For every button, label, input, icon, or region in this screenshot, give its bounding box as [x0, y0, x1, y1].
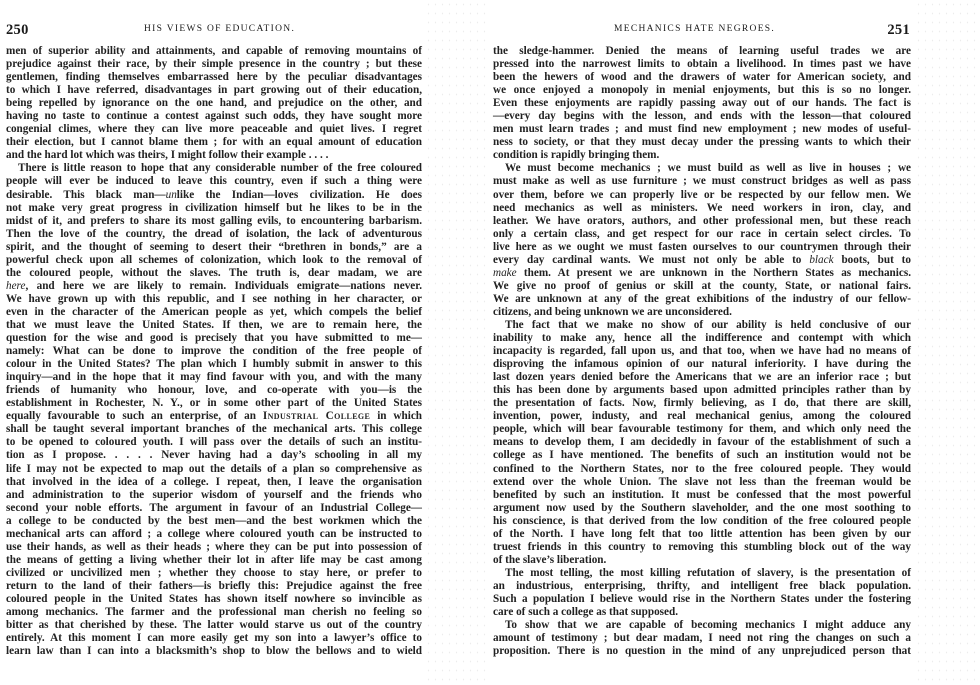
text-line: this has been done by arguments based up… [493, 384, 911, 397]
text-line: We have grown up with this republic, and… [6, 293, 422, 306]
text-line: people will ever be induced to leave thi… [6, 175, 422, 188]
text-run: equally favourable to such an enterprise… [6, 410, 256, 422]
text-line: inability to make any, hence all the ind… [493, 332, 911, 345]
paragraph-start-line: We must become mechanics ; we must build… [493, 162, 911, 175]
text-line: colour in the United States? The plan wh… [6, 358, 422, 371]
text-line: Such a population I believe would rise i… [493, 593, 911, 606]
text-line: we once enjoyed a monopoly in menial enj… [493, 84, 911, 97]
text-line: truest friends in this country to removi… [493, 541, 911, 554]
text-line: argument now used by the Southern slaveh… [493, 502, 911, 515]
text-line: their election, but I cannot blame them … [6, 136, 422, 149]
text-line: men of superior ability and attainments,… [6, 45, 422, 58]
text-line: use their hands, as well as their heads … [6, 541, 422, 554]
text-line: to which I have referred, disadvantages … [6, 84, 422, 97]
text-line: only a certain class, and get respect fo… [493, 228, 911, 241]
text-line: an industrious, enterprising, thrifty, a… [493, 580, 911, 593]
text-line: not make very great progress in civiliza… [6, 202, 422, 215]
text-line: a college to be conducted by the best me… [6, 515, 422, 528]
text-line: gentlemen, finding themselves embarrasse… [6, 71, 422, 84]
text-line: need mechanics as well as ministers. We … [493, 202, 911, 215]
right-page: MECHANICS HATE NEGROES. 251 the sledge-h… [490, 0, 980, 685]
text-line: here, and here we are likely to remain. … [6, 280, 422, 293]
text-line: having no taste to continue a contest ag… [6, 110, 422, 123]
text-line: been the hewers of wood and the drawers … [493, 71, 911, 84]
text-line: invention, power, industy, and real mech… [493, 410, 911, 423]
text-run: in which [370, 410, 422, 422]
text-line: citizens, and being unknown we are uncon… [493, 306, 911, 319]
text-line: inquiry—and in the hope that it may find… [6, 371, 422, 384]
text-line: bitter as that cherished by these. The l… [6, 619, 422, 632]
paragraph-start-line: The fact that we make no show of our abi… [493, 319, 911, 332]
italic-emphasis: un [166, 189, 177, 201]
text-line: life I may not be expected to map out th… [6, 463, 422, 476]
text-line: learn law than I can into a blacksmith’s… [6, 645, 422, 658]
text-line: shall be taught several important branch… [6, 423, 422, 436]
running-head-title: MECHANICS HATE NEGROES. [614, 24, 775, 34]
text-line: second your noble efforts. The argument … [6, 502, 422, 515]
text-line: make them. At present we are unknown in … [493, 267, 911, 280]
body-text: men of superior ability and attainments,… [6, 45, 422, 658]
text-run: every day cardinal wants. We must not on… [493, 254, 809, 266]
italic-emphasis: here [6, 280, 25, 292]
text-line: over them, before we can properly live o… [493, 189, 911, 202]
text-line: disproving the infamous opinion of our n… [493, 358, 911, 371]
text-line: people, which will bear favourable testi… [493, 423, 911, 436]
text-line: even in the character of the American pe… [6, 306, 422, 319]
text-line: condition is rapidly bringing them. [493, 149, 911, 162]
text-line: and the hard lot which was theirs, I mig… [6, 149, 422, 162]
small-caps-term: Industrial College [263, 410, 370, 422]
left-page: 250 HIS VIEWS OF EDUCATION. men of super… [0, 0, 490, 685]
text-line: and administration to the superior wisdo… [6, 489, 422, 502]
text-line: spirit, and the thought of seeming to de… [6, 241, 422, 254]
body-text: the sledge-hammer. Denied the means of l… [493, 45, 911, 658]
text-line: of the slave’s liberation. [493, 554, 911, 567]
text-line: —every day begins with the lesson, and e… [493, 110, 911, 123]
text-line: tion as I propose. . . . . Never having … [6, 449, 422, 462]
text-line: incapacity is regarded, fall upon us, an… [493, 345, 911, 358]
italic-emphasis: black [809, 254, 833, 266]
text-line: coloured people in the United States has… [6, 593, 422, 606]
text-line: the presentation of facts. Now, firmly b… [493, 397, 911, 410]
text-run: boots, but to [834, 254, 911, 266]
text-line: to be opened to coloured youth. I will p… [6, 436, 422, 449]
text-line: prejudice against their race, by their s… [6, 58, 422, 71]
text-line: his conscience, is that derived from the… [493, 515, 911, 528]
paragraph-start-line: There is little reason to hope that any … [6, 162, 422, 175]
text-line: live here as we ought we must fasten our… [493, 241, 911, 254]
text-line: the coloured people, without the slaves.… [6, 267, 422, 280]
text-line: desirable. This black man—unlike the Ind… [6, 189, 422, 202]
text-line: that we must leave the United States. If… [6, 319, 422, 332]
text-run: them. At present we are unknown in the N… [517, 267, 911, 279]
text-line: establishment in Rochester, N. Y., or in… [6, 397, 422, 410]
text-run: desirable. This black man— [6, 189, 166, 201]
text-line: powerful check upon all schemes of colon… [6, 254, 422, 267]
text-line: ness to society, or that they must decay… [493, 136, 911, 149]
paragraph-start-line: To show that we are capable of becoming … [493, 619, 911, 632]
running-head-title: HIS VIEWS OF EDUCATION. [144, 24, 295, 34]
page-number: 250 [6, 22, 29, 39]
text-line: return to the land of their fathers—is b… [6, 580, 422, 593]
text-line: We give no proof of genius or skill at t… [493, 280, 911, 293]
text-line: every day cardinal wants. We must not on… [493, 254, 911, 267]
text-line: leather. We have orators, authors, and o… [493, 215, 911, 228]
text-line: that involved in the idea of a college. … [6, 476, 422, 489]
text-line: Even these enjoyments are rapidly passin… [493, 97, 911, 110]
text-line: midst of it, and prefers to share its mo… [6, 215, 422, 228]
text-line: care of such a college as that supposed. [493, 606, 911, 619]
running-head: MECHANICS HATE NEGROES. 251 [493, 22, 910, 38]
text-line: means to develop them, I am decidedly in… [493, 436, 911, 449]
italic-emphasis: make [493, 267, 517, 279]
text-line: equally favourable to such an enterprise… [6, 410, 422, 423]
text-line: namely: What can be done to improve the … [6, 345, 422, 358]
text-run: , and here we are likely to remain. Indi… [25, 280, 422, 292]
text-line: We are unknown at any of the great exhib… [493, 293, 911, 306]
text-line: amount of testimony ; but dear madam, I … [493, 632, 911, 645]
paragraph-start-line: The most telling, the most killing refut… [493, 567, 911, 580]
text-line: last dozen years denied before the Ameri… [493, 371, 911, 384]
text-line: benefited by such an institution. It mus… [493, 489, 911, 502]
text-line: confined to the Northern States, nor to … [493, 463, 911, 476]
text-line: among mechanics. The farmer and the prof… [6, 606, 422, 619]
text-line: men must learn trades ; and must find ne… [493, 123, 911, 136]
text-line: Then the love of the country, the dread … [6, 228, 422, 241]
text-line: mechanical arts can afford ; a college w… [6, 528, 422, 541]
text-line: congenial climes, where they can live mo… [6, 123, 422, 136]
text-line: of the North. I have long felt that too … [493, 528, 911, 541]
text-line: proposition. There is no question in the… [493, 645, 911, 658]
text-line: pressed into the narrowest limits to obt… [493, 58, 911, 71]
text-line: college as I have mentioned. The benefit… [493, 449, 911, 462]
text-line: the sledge-hammer. Denied the means of l… [493, 45, 911, 58]
running-head: 250 HIS VIEWS OF EDUCATION. [6, 22, 422, 38]
text-line: the means of getting a living whether th… [6, 554, 422, 567]
text-run: like the Indian—loves civilization. He d… [177, 189, 422, 201]
text-line: civilized or uncivilized men ; whether t… [6, 567, 422, 580]
page-number: 251 [887, 22, 910, 39]
text-line: friends of humanity who honour, love, an… [6, 384, 422, 397]
text-line: being repelled by ignorance on the one h… [6, 97, 422, 110]
text-line: must make as well as use furniture ; we … [493, 175, 911, 188]
text-line: extend over the whole Union. The slave n… [493, 476, 911, 489]
text-line: entirely. At this moment I can more easi… [6, 632, 422, 645]
text-line: question for the wise and good is precis… [6, 332, 422, 345]
